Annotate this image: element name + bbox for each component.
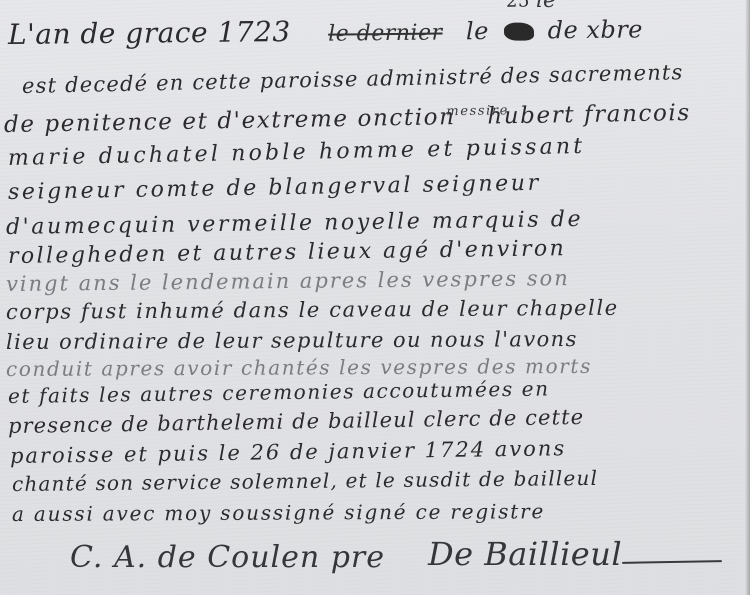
line-3-text: de penitence et d'extreme onction	[4, 104, 456, 138]
signature-clerk: De Baillieul	[428, 535, 622, 573]
line-5: seigneur comte de blangerval seigneur	[8, 171, 541, 205]
struck-text: le dernier	[328, 20, 443, 46]
line-1-text: L'an de grace 1723	[8, 15, 291, 51]
line-2: est decedé en cette paroisse administré …	[22, 60, 684, 98]
line-3: de penitence et d'extreme onction messir…	[4, 100, 691, 138]
line-3-tail: hubert francois	[487, 100, 691, 130]
line-14: paroisse et puis le 26 de janvier 1724 a…	[10, 436, 566, 468]
line-10: lieu ordinaire de leur sepulture ou nous…	[6, 327, 578, 354]
line-1-month: de xbre	[548, 15, 644, 44]
manuscript-page: le L'an de grace 1723 le dernier le 25 d…	[0, 0, 750, 595]
line-6: d'aumecquin vermeille noyelle marquis de	[6, 207, 583, 240]
line-4: marie duchatel noble homme et puissant	[8, 134, 586, 171]
line-1-le: le	[466, 17, 489, 45]
line-7: rollegheden et autres lieux agé d'enviro…	[8, 236, 566, 269]
line-8: vingt ans le lendemain apres les vespres…	[6, 266, 570, 296]
line-13: presence de barthelemi de bailleul clerc…	[8, 405, 585, 438]
signature-priest: C. A. de Coulen pre	[70, 540, 385, 575]
ink-blot	[504, 22, 534, 40]
line-15: chanté son service solemnel, et le susdi…	[12, 466, 598, 496]
day-superscript: 25	[506, 0, 530, 12]
line-9: corps fust inhumé dans le caveau de leur…	[6, 296, 619, 324]
line-1: L'an de grace 1723 le dernier le 25 de x…	[8, 11, 657, 51]
top-fragment: le	[536, 0, 556, 13]
line-12: et faits les autres ceremonies accoutumé…	[8, 376, 550, 408]
line-16: a aussi avec moy soussigné signé ce regi…	[12, 499, 545, 526]
messire-superscript: messire	[446, 103, 509, 119]
signature-flourish	[622, 560, 722, 564]
page-edge-shadow	[745, 0, 750, 595]
